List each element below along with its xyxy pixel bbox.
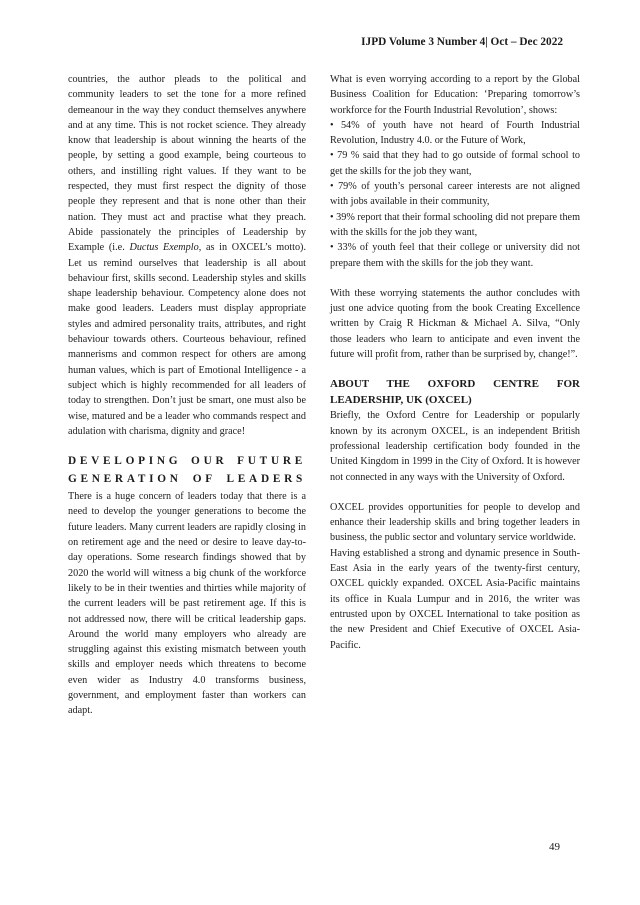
section-heading-line: LEADERSHIP, UK (OXCEL) — [330, 393, 580, 409]
bullet-item: • 39% report that their formal schooling… — [330, 210, 580, 241]
right-column: What is even worrying according to a rep… — [330, 72, 580, 719]
body-paragraph: There is a huge concern of leaders today… — [68, 489, 306, 718]
section-heading-about-oxcel: ABOUT THE OXFORD CENTRE FOR LEADERSHIP, … — [330, 377, 580, 408]
left-column: countries, the author pleads to the poli… — [68, 72, 306, 719]
bullet-item: • 79 % said that they had to go outside … — [330, 148, 580, 179]
page-number: 49 — [549, 842, 560, 853]
italic-phrase: Ductus Exemplo — [129, 242, 198, 253]
body-paragraph: Having established a strong and dynamic … — [330, 546, 580, 653]
body-paragraph: With these worrying statements the autho… — [330, 286, 580, 362]
journal-page: IJPD Volume 3 Number 4| Oct – Dec 2022 c… — [0, 0, 640, 905]
running-header: IJPD Volume 3 Number 4| Oct – Dec 2022 — [0, 0, 640, 48]
body-paragraph: OXCEL provides opportunities for people … — [330, 500, 580, 546]
section-heading-line: DEVELOPING OUR FUTURE — [68, 452, 306, 470]
section-heading-line: ABOUT THE OXFORD CENTRE FOR — [330, 377, 580, 393]
section-heading-developing-leaders: DEVELOPING OUR FUTURE GENERATION OF LEAD… — [68, 452, 306, 488]
paragraph-text: countries, the author pleads to the poli… — [68, 74, 306, 253]
section-heading-line: GENERATION OF LEADERS — [68, 470, 306, 488]
bullet-item: • 79% of youth’s personal career interes… — [330, 179, 580, 210]
body-paragraph: Briefly, the Oxford Centre for Leadershi… — [330, 408, 580, 484]
paragraph-text: , as in OXCEL’s motto). Let us remind ou… — [68, 242, 306, 437]
body-paragraph: countries, the author pleads to the poli… — [68, 72, 306, 439]
body-paragraph: What is even worrying according to a rep… — [330, 72, 580, 118]
two-column-body: countries, the author pleads to the poli… — [0, 72, 640, 719]
bullet-item: • 54% of youth have not heard of Fourth … — [330, 118, 580, 149]
bullet-item: • 33% of youth feel that their college o… — [330, 240, 580, 271]
